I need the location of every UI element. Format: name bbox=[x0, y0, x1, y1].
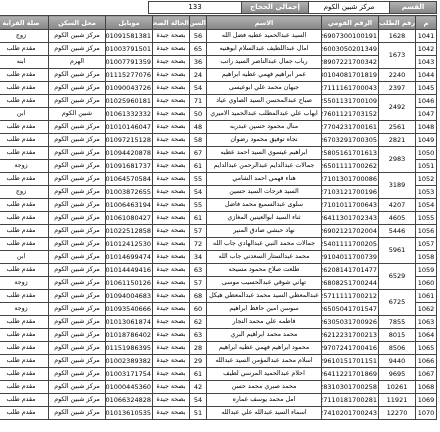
column-header-6: موبايل bbox=[106, 16, 153, 30]
cell-age: 54 bbox=[190, 186, 207, 199]
table-row: 10681026128310301700258محمد صبري محمد حس… bbox=[0, 381, 437, 394]
table-header: مرقم الطلبالرقم القوميالاسمالسنالحالة ال… bbox=[0, 16, 437, 30]
cell-residence: مركز شبين الكوم bbox=[49, 355, 106, 368]
cell-relation: زوجة bbox=[0, 277, 49, 290]
table-row: 1057596125401111700205جمالات محمد النبي … bbox=[0, 238, 437, 251]
cell-health: بصحة جيدة bbox=[153, 134, 190, 147]
cell-national-id: 26808251700244 bbox=[322, 277, 379, 290]
column-header-4: السن bbox=[190, 16, 207, 30]
cell-residence: مركز شبين الكوم bbox=[49, 186, 106, 199]
cell-residence: مركز شبين الكوم bbox=[49, 251, 106, 264]
cell-serial: 1057 bbox=[416, 238, 437, 251]
cell-request-no: 2821 bbox=[379, 134, 416, 147]
table-row: 1065850629707241700416محمود ابراهيم فهمي… bbox=[0, 342, 437, 355]
cell-national-id: 26305031700926 bbox=[322, 316, 379, 329]
cell-national-id: 26212231700213 bbox=[322, 329, 379, 342]
table-row: 1044224030104081701819عمر ابراهيم فهمي ع… bbox=[0, 69, 437, 82]
cell-relation: مقدم طلب bbox=[0, 43, 49, 56]
cell-mobile: 01012412530 bbox=[106, 238, 153, 251]
cell-relation: مقدم طلب bbox=[0, 95, 49, 108]
cell-serial: 1044 bbox=[416, 69, 437, 82]
cell-age: 72 bbox=[190, 238, 207, 251]
cell-residence: مركز شبين الكوم bbox=[49, 316, 106, 329]
cell-health: بصحة جيدة bbox=[153, 355, 190, 368]
cell-national-id: 27410201700243 bbox=[322, 407, 379, 420]
cell-name: رباب جمال عبدالناصر السيد راتب bbox=[207, 56, 322, 69]
cell-serial: 1043 bbox=[416, 56, 437, 69]
table-row: 1064801526212231700213محمد محمد ابراهيم … bbox=[0, 329, 437, 342]
table-row: 106226505041701547سوسن امين حافظ ابراهيم… bbox=[0, 303, 437, 316]
cell-mobile: 01006463194 bbox=[106, 199, 153, 212]
cell-health: بصحة جيدة bbox=[153, 251, 190, 264]
cell-health: بصحة جيدة bbox=[153, 316, 190, 329]
cell-health: بصحة جيدة bbox=[153, 30, 190, 43]
cell-serial: 1053 bbox=[416, 186, 437, 199]
cell-national-id: 25711111700212 bbox=[322, 290, 379, 303]
cell-mobile: 01115277076 bbox=[106, 69, 153, 82]
cell-residence: مركز شبين الكوم bbox=[49, 342, 106, 355]
report-header-bar: القسم مركز شبين الكوم إجمالي الحجاج 133 bbox=[0, 0, 440, 14]
cell-age: 61 bbox=[190, 160, 207, 173]
cell-national-id: 27101011700643 bbox=[322, 199, 379, 212]
cell-serial: 1055 bbox=[416, 212, 437, 225]
cell-mobile: 01066324828 bbox=[106, 394, 153, 407]
cell-name: امال عبداللطيف عبدالسلام ابوهنيه bbox=[207, 43, 322, 56]
cell-age: 67 bbox=[190, 147, 207, 160]
table-row: 1052318927101301700086هناء فهمي احمد الش… bbox=[0, 173, 437, 186]
cell-age: 54 bbox=[190, 394, 207, 407]
section-value: مركز شبين الكوم bbox=[308, 1, 390, 14]
cell-residence: مركز شبين الكوم bbox=[49, 30, 106, 43]
cell-health: بصحة جيدة bbox=[153, 368, 190, 381]
cell-serial: 1048 bbox=[416, 121, 437, 134]
cell-request-no: 2240 bbox=[379, 69, 416, 82]
table-row: 1056544626902121702004نهاد حبشي صادق الم… bbox=[0, 225, 437, 238]
cell-request-no: 5446 bbox=[379, 225, 416, 238]
cell-relation: ابن bbox=[0, 251, 49, 264]
cell-serial: 1068 bbox=[416, 381, 437, 394]
cell-national-id: 27704231700161 bbox=[322, 121, 379, 134]
cell-mobile: 01014699474 bbox=[106, 251, 153, 264]
cell-health: بصحة جيدة bbox=[153, 329, 190, 342]
cell-name: تهاني شوقي عبدالحسيب موسى bbox=[207, 277, 322, 290]
cell-health: بصحة جيدة bbox=[153, 121, 190, 134]
cell-age: 48 bbox=[190, 121, 207, 134]
cell-health: بصحة جيدة bbox=[153, 394, 190, 407]
cell-name: نجاه توفيق محمود رضوان bbox=[207, 134, 322, 147]
cell-residence: مركز شبين الكوم bbox=[49, 95, 106, 108]
cell-health: بصحة جيدة bbox=[153, 290, 190, 303]
cell-name: اسماء السيد عبدالله علي عبدالله bbox=[207, 407, 322, 420]
cell-request-no: 8015 bbox=[379, 329, 416, 342]
table-row: 1042167326003050201349امال عبداللطيف عبد… bbox=[0, 43, 437, 56]
cell-health: بصحة جيدة bbox=[153, 303, 190, 316]
cell-name: محمد عبدالستار السعدني جاب الله bbox=[207, 251, 322, 264]
column-header-1: رقم الطلب bbox=[379, 16, 416, 30]
cell-name: صباح عبدالمحسن السيد الصاوي عياد bbox=[207, 95, 322, 108]
cell-request-no: 4605 bbox=[379, 212, 416, 225]
cell-relation: مقدم طلب bbox=[0, 316, 49, 329]
cell-age: 63 bbox=[190, 329, 207, 342]
cell-request-no: 3189 bbox=[379, 173, 416, 199]
cell-national-id: 26003050201349 bbox=[322, 43, 379, 56]
cell-serial: 1049 bbox=[416, 134, 437, 147]
cell-residence: مركز شبين الكوم bbox=[49, 238, 106, 251]
cell-mobile: 01061332332 bbox=[106, 108, 153, 121]
cell-name: ابراهيم عيسوي السيد احمد عطيه bbox=[207, 147, 322, 160]
cell-request-no: 2397 bbox=[379, 82, 416, 95]
cell-mobile: 01002389382 bbox=[106, 355, 153, 368]
cell-request-no: 4207 bbox=[379, 199, 416, 212]
cell-national-id: 27111161700043 bbox=[322, 82, 379, 95]
cell-name: ايهاب علي عبدالمطلب عبدالحميد الاميري bbox=[207, 108, 322, 121]
cell-request-no: 11921 bbox=[379, 394, 416, 407]
cell-age: 61 bbox=[190, 212, 207, 225]
cell-relation: مقدم طلب bbox=[0, 355, 49, 368]
cell-mobile: 01090043726 bbox=[106, 82, 153, 95]
table-row: 10701227027410201700243اسماء السيد عبدال… bbox=[0, 407, 437, 420]
cell-relation: مقدم طلب bbox=[0, 69, 49, 82]
cell-national-id: 25501131700109 bbox=[322, 95, 379, 108]
cell-mobile: 01061150126 bbox=[106, 277, 153, 290]
cell-relation: زوجة bbox=[0, 303, 49, 316]
cell-relation: مقدم طلب bbox=[0, 238, 49, 251]
cell-serial: 1061 bbox=[416, 290, 437, 303]
cell-age: 55 bbox=[190, 173, 207, 186]
cell-relation: مقدم طلب bbox=[0, 121, 49, 134]
cell-national-id: 26505041701547 bbox=[322, 303, 379, 316]
cell-age: 62 bbox=[190, 316, 207, 329]
cell-request-no: 6725 bbox=[379, 290, 416, 316]
cell-name: جيهان محمد علي ابوعيسى bbox=[207, 82, 322, 95]
cell-serial: 1041 bbox=[416, 30, 437, 43]
table-row: 10691192127110181700281امل محمد يوسف عما… bbox=[0, 394, 437, 407]
table-row: 106026808251700244تهاني شوقي عبدالحسيب م… bbox=[0, 277, 437, 290]
cell-name: امل محمد يوسف عماره bbox=[207, 394, 322, 407]
pilgrims-table: مرقم الطلبالرقم القوميالاسمالسنالحالة ال… bbox=[0, 15, 437, 420]
cell-name: جمالات محمد النبي عبدالهادي جاب الله bbox=[207, 238, 322, 251]
table-row: 105829104011700739محمد عبدالستار السعدني… bbox=[0, 251, 437, 264]
cell-request-no: 1628 bbox=[379, 30, 416, 43]
cell-national-id: 26411221701869 bbox=[322, 368, 379, 381]
column-header-3: الاسم bbox=[207, 16, 322, 30]
cell-age: 63 bbox=[190, 264, 207, 277]
cell-age: 60 bbox=[190, 303, 207, 316]
cell-residence: مركز شبين الكوم bbox=[49, 134, 106, 147]
column-header-8: صلة القرابة bbox=[0, 16, 49, 30]
cell-residence: مركز شبين الكوم bbox=[49, 407, 106, 420]
cell-age: 57 bbox=[190, 225, 207, 238]
cell-health: بصحة جيدة bbox=[153, 407, 190, 420]
cell-request-no: 9695 bbox=[379, 368, 416, 381]
cell-request-no: 6529 bbox=[379, 264, 416, 290]
cell-residence: مركز شبين الكوم bbox=[49, 82, 106, 95]
cell-national-id: 26902121702004 bbox=[322, 225, 379, 238]
table-row: 1063785526305031700926فاطمه علي محمد الن… bbox=[0, 316, 437, 329]
cell-mobile: 01010146047 bbox=[106, 121, 153, 134]
table-row: 1061672525711111700212عبدالمعطي السيد مح… bbox=[0, 290, 437, 303]
cell-health: بصحة جيدة bbox=[153, 277, 190, 290]
table-row: 104328907221700342رباب جمال عبدالناصر ال… bbox=[0, 56, 437, 69]
cell-serial: 1060 bbox=[416, 277, 437, 290]
cell-national-id: 29104011700739 bbox=[322, 251, 379, 264]
table-row: 105126501111700262جمالات عبدالدايم عبدال… bbox=[0, 160, 437, 173]
cell-request-no: 12270 bbox=[379, 407, 416, 420]
section-label: القسم bbox=[389, 1, 437, 14]
cell-national-id: 27103121700196 bbox=[322, 186, 379, 199]
cell-residence: مركز شبين الكوم bbox=[49, 212, 106, 225]
cell-residence: مركز شبين الكوم bbox=[49, 121, 106, 134]
cell-age: 54 bbox=[190, 82, 207, 95]
cell-national-id: 26501111700262 bbox=[322, 160, 379, 173]
column-header-2: الرقم القومي bbox=[322, 16, 379, 30]
cell-health: بصحة جيدة bbox=[153, 212, 190, 225]
cell-request-no: 8506 bbox=[379, 342, 416, 355]
cell-name: احلام عبدالحميد المرسي لطيف bbox=[207, 368, 322, 381]
cell-relation: ابن bbox=[0, 108, 49, 121]
cell-national-id: 27101301700086 bbox=[322, 173, 379, 186]
cell-mobile: 01003872655 bbox=[106, 186, 153, 199]
cell-national-id: 29707241700416 bbox=[322, 342, 379, 355]
cell-age: 51 bbox=[190, 407, 207, 420]
table-row: 1048256127704231700161منال محمود حسين عب… bbox=[0, 121, 437, 134]
cell-mobile: 01022512858 bbox=[106, 225, 153, 238]
cell-name: منال محمود حسين عبدربه bbox=[207, 121, 322, 134]
cell-age: 42 bbox=[190, 381, 207, 394]
cell-relation: مقدم طلب bbox=[0, 394, 49, 407]
cell-national-id: 28907221700342 bbox=[322, 56, 379, 69]
cell-national-id: 29610151701151 bbox=[322, 355, 379, 368]
cell-relation: زوج bbox=[0, 30, 49, 43]
cell-mobile: 01094420878 bbox=[106, 147, 153, 160]
table-row: 104727601121703152ايهاب علي عبدالمطلب عب… bbox=[0, 108, 437, 121]
cell-health: بصحة جيدة bbox=[153, 43, 190, 56]
cell-mobile: 01064570584 bbox=[106, 173, 153, 186]
cell-relation: ابنه bbox=[0, 56, 49, 69]
cell-mobile: 01094004683 bbox=[106, 290, 153, 303]
cell-health: بصحة جيدة bbox=[153, 238, 190, 251]
cell-relation: مقدم طلب bbox=[0, 368, 49, 381]
cell-mobile: 01014449416 bbox=[106, 264, 153, 277]
cell-mobile: 01000445360 bbox=[106, 381, 153, 394]
column-header-0: م bbox=[416, 16, 437, 30]
column-header-5: الحالة الصحية bbox=[153, 16, 190, 30]
cell-health: بصحة جيدة bbox=[153, 199, 190, 212]
cell-relation: مقدم طلب bbox=[0, 342, 49, 355]
cell-mobile: 01013610535 bbox=[106, 407, 153, 420]
cell-national-id: 26411301702343 bbox=[322, 212, 379, 225]
cell-relation: مقدم طلب bbox=[0, 264, 49, 277]
cell-age: 56 bbox=[190, 30, 207, 43]
table-header-row: مرقم الطلبالرقم القوميالاسمالسنالحالة ال… bbox=[0, 16, 437, 30]
cell-national-id: 26907300100191 bbox=[322, 30, 379, 43]
cell-serial: 1042 bbox=[416, 43, 437, 56]
cell-relation: مقدم طلب bbox=[0, 381, 49, 394]
cell-serial: 1046 bbox=[416, 95, 437, 108]
cell-serial: 1064 bbox=[416, 329, 437, 342]
cell-residence: مركز شبين الكوم bbox=[49, 225, 106, 238]
cell-name: محمود ابراهيم فهمي عطيه ابراهيم bbox=[207, 342, 322, 355]
cell-relation: مقدم طلب bbox=[0, 212, 49, 225]
table-row: 1066944029610151701151اسلام محمد عبدالمؤ… bbox=[0, 355, 437, 368]
cell-residence: الهرم bbox=[49, 56, 106, 69]
cell-serial: 1047 bbox=[416, 108, 437, 121]
cell-request-no: 9440 bbox=[379, 355, 416, 368]
cell-serial: 1050 bbox=[416, 147, 437, 160]
table-row: 1050298325805161701613ابراهيم عيسوي السي… bbox=[0, 147, 437, 160]
cell-relation: زوج bbox=[0, 186, 49, 199]
cell-relation: مقدم طلب bbox=[0, 173, 49, 186]
cell-residence: مركز شبين الكوم bbox=[49, 173, 106, 186]
cell-relation: مقدم طلب bbox=[0, 329, 49, 342]
cell-national-id: 27110181700281 bbox=[322, 394, 379, 407]
cell-health: بصحة جيدة bbox=[153, 95, 190, 108]
cell-relation: مقدم طلب bbox=[0, 147, 49, 160]
column-header-7: محل السكن bbox=[49, 16, 106, 30]
cell-request-no: 2983 bbox=[379, 147, 416, 173]
cell-relation: مقدم طلب bbox=[0, 407, 49, 420]
table-row: 1046249225501131700109صباح عبدالمحسن الس… bbox=[0, 95, 437, 108]
table-row: 1055460526411301702343ثناء السيد ابوالعي… bbox=[0, 212, 437, 225]
cell-mobile: 01091681737 bbox=[106, 160, 153, 173]
cell-national-id: 26208141701477 bbox=[322, 264, 379, 277]
cell-serial: 1056 bbox=[416, 225, 437, 238]
cell-relation: مقدم طلب bbox=[0, 290, 49, 303]
cell-age: 71 bbox=[190, 95, 207, 108]
cell-residence: مركز شبين الكوم bbox=[49, 43, 106, 56]
table-row: 105327103121700196السيد فرحات السيد حسين… bbox=[0, 186, 437, 199]
cell-residence: مركز شبين الكوم bbox=[49, 394, 106, 407]
cell-age: 55 bbox=[190, 199, 207, 212]
cell-serial: 1069 bbox=[416, 394, 437, 407]
cell-serial: 1045 bbox=[416, 82, 437, 95]
cell-serial: 1070 bbox=[416, 407, 437, 420]
cell-health: بصحة جيدة bbox=[153, 56, 190, 69]
cell-age: 29 bbox=[190, 355, 207, 368]
cell-health: بصحة جيدة bbox=[153, 225, 190, 238]
cell-serial: 1059 bbox=[416, 264, 437, 277]
cell-age: 34 bbox=[190, 251, 207, 264]
cell-serial: 1051 bbox=[416, 160, 437, 173]
cell-mobile: 01018786402 bbox=[106, 329, 153, 342]
cell-name: فاطمه علي محمد النجار bbox=[207, 316, 322, 329]
cell-health: بصحة جيدة bbox=[153, 264, 190, 277]
cell-relation: مقدم طلب bbox=[0, 225, 49, 238]
total-pilgrims-value: 133 bbox=[148, 1, 242, 14]
cell-health: بصحة جيدة bbox=[153, 147, 190, 160]
cell-name: عمر ابراهيم فهمي عطيه ابراهيم bbox=[207, 69, 322, 82]
cell-health: بصحة جيدة bbox=[153, 69, 190, 82]
cell-name: ثناء السيد ابوالعينين المغازي bbox=[207, 212, 322, 225]
table-body: 1041162826907300100191السيد عبدالحميد عط… bbox=[0, 30, 437, 420]
cell-age: 50 bbox=[190, 108, 207, 121]
cell-serial: 1058 bbox=[416, 251, 437, 264]
cell-serial: 1066 bbox=[416, 355, 437, 368]
cell-serial: 1063 bbox=[416, 316, 437, 329]
cell-serial: 1054 bbox=[416, 199, 437, 212]
cell-mobile: 01003791501 bbox=[106, 43, 153, 56]
cell-residence: مركز شبين الكوم bbox=[49, 69, 106, 82]
cell-health: بصحة جيدة bbox=[153, 108, 190, 121]
cell-name: السيد فرحات السيد حسين bbox=[207, 186, 322, 199]
cell-request-no: 2492 bbox=[379, 95, 416, 121]
pilgrims-report-page: القسم مركز شبين الكوم إجمالي الحجاج 133 … bbox=[0, 0, 440, 432]
table-row: 1049282126703291700305نجاه توفيق محمود ر… bbox=[0, 134, 437, 147]
cell-mobile: 01025960181 bbox=[106, 95, 153, 108]
cell-national-id: 28310301700258 bbox=[322, 381, 379, 394]
cell-age: 57 bbox=[190, 277, 207, 290]
table-row: 1059652926208141701477طلعت صلاح محمود مس… bbox=[0, 264, 437, 277]
cell-mobile: 01093540666 bbox=[106, 303, 153, 316]
cell-age: 68 bbox=[190, 290, 207, 303]
cell-residence: مركز شبين الكوم bbox=[49, 381, 106, 394]
cell-serial: 1052 bbox=[416, 173, 437, 186]
cell-age: 28 bbox=[190, 342, 207, 355]
cell-name: اسلام محمد عبدالمؤمن السيد عبدالله bbox=[207, 355, 322, 368]
table-row: 1041162826907300100191السيد عبدالحميد عط… bbox=[0, 30, 437, 43]
cell-national-id: 30104081701819 bbox=[322, 69, 379, 82]
table-row: 1067969526411221701869احلام عبدالحميد ال… bbox=[0, 368, 437, 381]
cell-name: سلوى عبدالسميع محمد فاضل bbox=[207, 199, 322, 212]
cell-residence: مركز شبين الكوم bbox=[49, 329, 106, 342]
cell-national-id: 26703291700305 bbox=[322, 134, 379, 147]
cell-residence: مركز شبين الكوم bbox=[49, 160, 106, 173]
cell-mobile: 01007791359 bbox=[106, 56, 153, 69]
cell-relation: مقدم طلب bbox=[0, 199, 49, 212]
cell-national-id: 27601121703152 bbox=[322, 108, 379, 121]
total-pilgrims-label: إجمالي الحجاج bbox=[241, 1, 309, 14]
cell-residence: مركز شبين الكوم bbox=[49, 199, 106, 212]
cell-serial: 1067 bbox=[416, 368, 437, 381]
cell-name: محمد صبري محمد حسن bbox=[207, 381, 322, 394]
cell-mobile: 01091581381 bbox=[106, 30, 153, 43]
cell-name: محمد محمد ابراهيم البري bbox=[207, 329, 322, 342]
cell-request-no: 10261 bbox=[379, 381, 416, 394]
cell-mobile: 01061080427 bbox=[106, 212, 153, 225]
cell-request-no: 1673 bbox=[379, 43, 416, 69]
cell-relation: مقدم طلب bbox=[0, 82, 49, 95]
cell-residence: مركز شبين الكوم bbox=[49, 303, 106, 316]
cell-name: هناء فهمي احمد الشامي bbox=[207, 173, 322, 186]
cell-age: 24 bbox=[190, 69, 207, 82]
cell-health: بصحة جيدة bbox=[153, 186, 190, 199]
cell-request-no: 5961 bbox=[379, 238, 416, 264]
cell-request-no: 7855 bbox=[379, 316, 416, 329]
cell-relation: مقدم طلب bbox=[0, 134, 49, 147]
cell-mobile: 01003171754 bbox=[106, 368, 153, 381]
cell-residence: شبين الكوم bbox=[49, 108, 106, 121]
cell-residence: مركز شبين الكوم bbox=[49, 290, 106, 303]
cell-name: طلعت صلاح محمود مسيحه bbox=[207, 264, 322, 277]
cell-age: 65 bbox=[190, 43, 207, 56]
cell-serial: 1062 bbox=[416, 303, 437, 316]
cell-health: بصحة جيدة bbox=[153, 342, 190, 355]
cell-age: 36 bbox=[190, 56, 207, 69]
cell-name: جمالات عبدالدايم عبدالرحمن عبدالدايم bbox=[207, 160, 322, 173]
cell-name: عبدالمعطي السيد محمد عبدالمعطي هيكل bbox=[207, 290, 322, 303]
cell-request-no: 2561 bbox=[379, 121, 416, 134]
cell-name: نهاد حبشي صادق المنير bbox=[207, 225, 322, 238]
cell-name: سوسن امين حافظ ابراهيم bbox=[207, 303, 322, 316]
cell-health: بصحة جيدة bbox=[153, 173, 190, 186]
cell-mobile: 01013061874 bbox=[106, 316, 153, 329]
cell-national-id: 25805161701613 bbox=[322, 147, 379, 160]
cell-name: السيد عبدالحميد عطيه فضل الله bbox=[207, 30, 322, 43]
cell-health: بصحة جيدة bbox=[153, 381, 190, 394]
cell-residence: مركز شبين الكوم bbox=[49, 277, 106, 290]
cell-relation: زوجة bbox=[0, 160, 49, 173]
cell-health: بصحة جيدة bbox=[153, 82, 190, 95]
